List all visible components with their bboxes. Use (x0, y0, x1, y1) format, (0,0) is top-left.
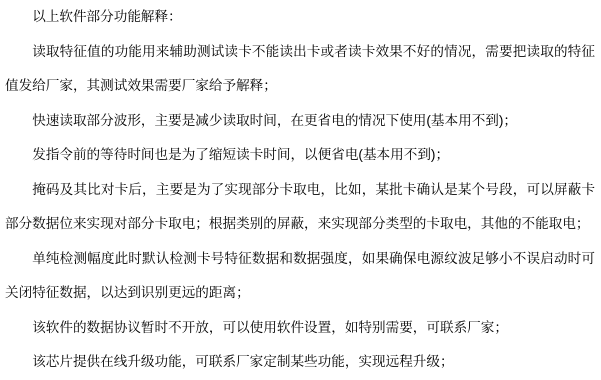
paragraph-fast-read-waveform: 快速读取部分波形，主要是减少读取时间，在更省电的情况下使用(基本用不到)； (5, 104, 595, 139)
paragraph-online-upgrade: 该芯片提供在线升级功能，可联系厂家定制某些功能，实现远程升级； (5, 345, 595, 380)
paragraph-heading: 以上软件部分功能解释： (5, 0, 595, 35)
paragraph-data-protocol: 该软件的数据协议暂时不开放，可以使用软件设置，如特别需要，可联系厂家； (5, 311, 595, 346)
paragraph-amplitude-detect: 单纯检测幅度此时默认检测卡号特征数据和数据强度，如果确保电源纹波足够小不误启动时… (5, 242, 595, 311)
paragraph-mask-compare: 掩码及其比对卡后，主要是为了实现部分卡取电，比如，某批卡确认是某个号段，可以屏蔽… (5, 173, 595, 242)
paragraph-command-wait-time: 发指令前的等待时间也是为了缩短读卡时间，以便省电(基本用不到)； (5, 138, 595, 173)
paragraph-feature-value: 读取特征值的功能用来辅助测试读卡不能读出卡或者读卡效果不好的情况，需要把读取的特… (5, 35, 595, 104)
document-page: 以上软件部分功能解释： 读取特征值的功能用来辅助测试读卡不能读出卡或者读卡效果不… (0, 0, 601, 380)
